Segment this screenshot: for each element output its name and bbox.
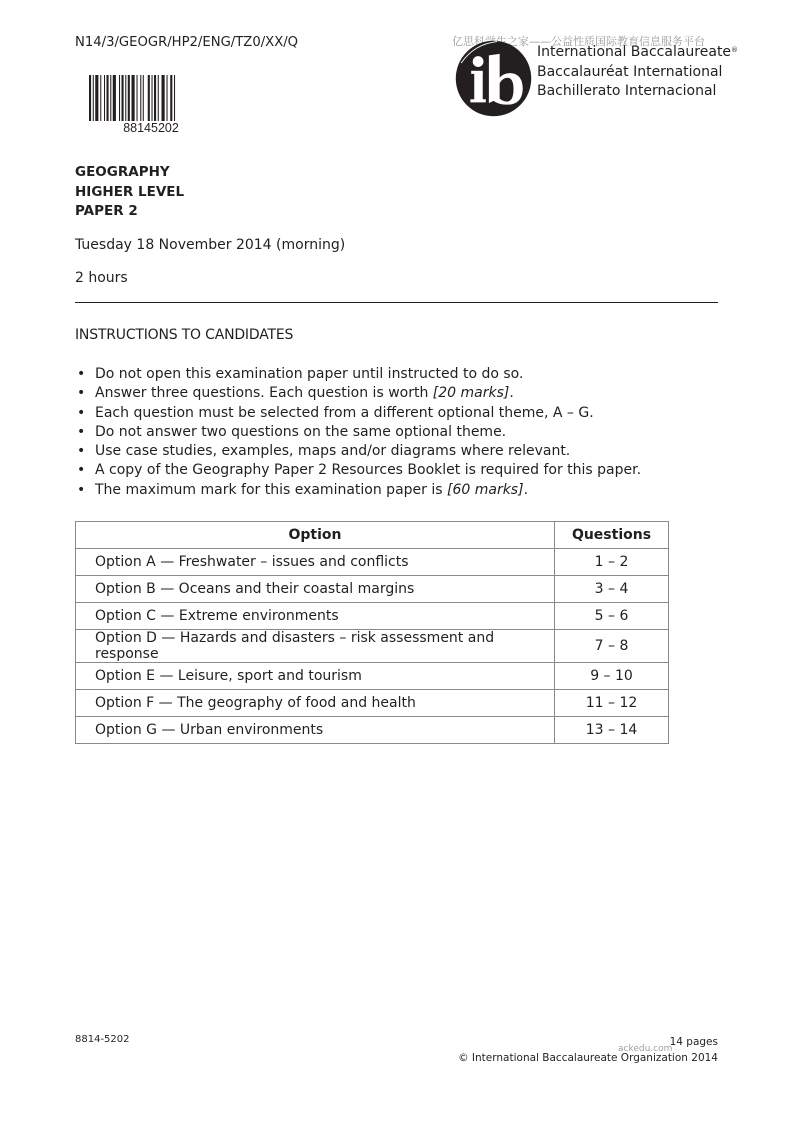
option-cell: Option C — Extreme environments [76, 603, 555, 630]
option-cell: Option G — Urban environments [76, 717, 555, 744]
option-cell: Option D — Hazards and disasters – risk … [76, 630, 555, 663]
table-row: Option C — Extreme environments5 – 6 [76, 603, 669, 630]
option-cell: Option E — Leisure, sport and tourism [76, 663, 555, 690]
instruction-item: Use case studies, examples, maps and/or … [75, 442, 641, 461]
instruction-item: Answer three questions. Each question is… [75, 384, 641, 403]
page-count: 14 pages [458, 1034, 718, 1050]
watermark-bottom: ackedu.com [618, 1044, 672, 1054]
questions-cell: 1 – 2 [555, 549, 669, 576]
instruction-item: Each question must be selected from a di… [75, 404, 641, 423]
table-row: Option E — Leisure, sport and tourism9 –… [76, 663, 669, 690]
option-cell: Option F — The geography of food and hea… [76, 690, 555, 717]
option-cell: Option A — Freshwater – issues and confl… [76, 549, 555, 576]
exam-date: Tuesday 18 November 2014 (morning) [75, 237, 345, 253]
subject-heading: GEOGRAPHY HIGHER LEVEL PAPER 2 [75, 163, 184, 222]
table-header-row: Option Questions [76, 522, 669, 549]
instruction-item: Do not open this examination paper until… [75, 365, 641, 384]
questions-cell: 11 – 12 [555, 690, 669, 717]
org-name-english: International Baccalaureate® [537, 43, 738, 63]
subject-level: HIGHER LEVEL [75, 183, 184, 203]
questions-cell: 7 – 8 [555, 630, 669, 663]
org-name-french: Baccalauréat International [537, 63, 738, 83]
document-number: 8814-5202 [75, 1034, 130, 1045]
instruction-item: Do not answer two questions on the same … [75, 423, 641, 442]
org-name-spanish: Bachillerato Internacional [537, 82, 738, 102]
instructions-title: INSTRUCTIONS TO CANDIDATES [75, 327, 293, 343]
exam-duration: 2 hours [75, 270, 128, 286]
divider [75, 302, 718, 303]
questions-cell: 9 – 10 [555, 663, 669, 690]
column-header-option: Option [76, 522, 555, 549]
instruction-item: A copy of the Geography Paper 2 Resource… [75, 461, 641, 480]
table-row: Option B — Oceans and their coastal marg… [76, 576, 669, 603]
instructions-list: Do not open this examination paper until… [75, 365, 641, 500]
copyright: © International Baccalaureate Organizati… [458, 1050, 718, 1066]
questions-cell: 13 – 14 [555, 717, 669, 744]
questions-cell: 3 – 4 [555, 576, 669, 603]
table-row: Option A — Freshwater – issues and confl… [76, 549, 669, 576]
organization-names: International Baccalaureate® Baccalauréa… [537, 43, 738, 102]
option-cell: Option B — Oceans and their coastal marg… [76, 576, 555, 603]
ib-logo-icon [455, 40, 532, 117]
subject-name: GEOGRAPHY [75, 163, 184, 183]
table-row: Option D — Hazards and disasters – risk … [76, 630, 669, 663]
barcode-icon [89, 75, 209, 121]
footer-right: 14 pages © International Baccalaureate O… [458, 1034, 718, 1066]
table-row: Option F — The geography of food and hea… [76, 690, 669, 717]
options-table: Option Questions Option A — Freshwater –… [75, 521, 669, 744]
paper-code: N14/3/GEOGR/HP2/ENG/TZ0/XX/Q [75, 35, 298, 50]
instruction-item: The maximum mark for this examination pa… [75, 481, 641, 500]
questions-cell: 5 – 6 [555, 603, 669, 630]
paper-number: PAPER 2 [75, 202, 184, 222]
barcode-number: 88145202 [91, 121, 211, 135]
column-header-questions: Questions [555, 522, 669, 549]
table-row: Option G — Urban environments13 – 14 [76, 717, 669, 744]
